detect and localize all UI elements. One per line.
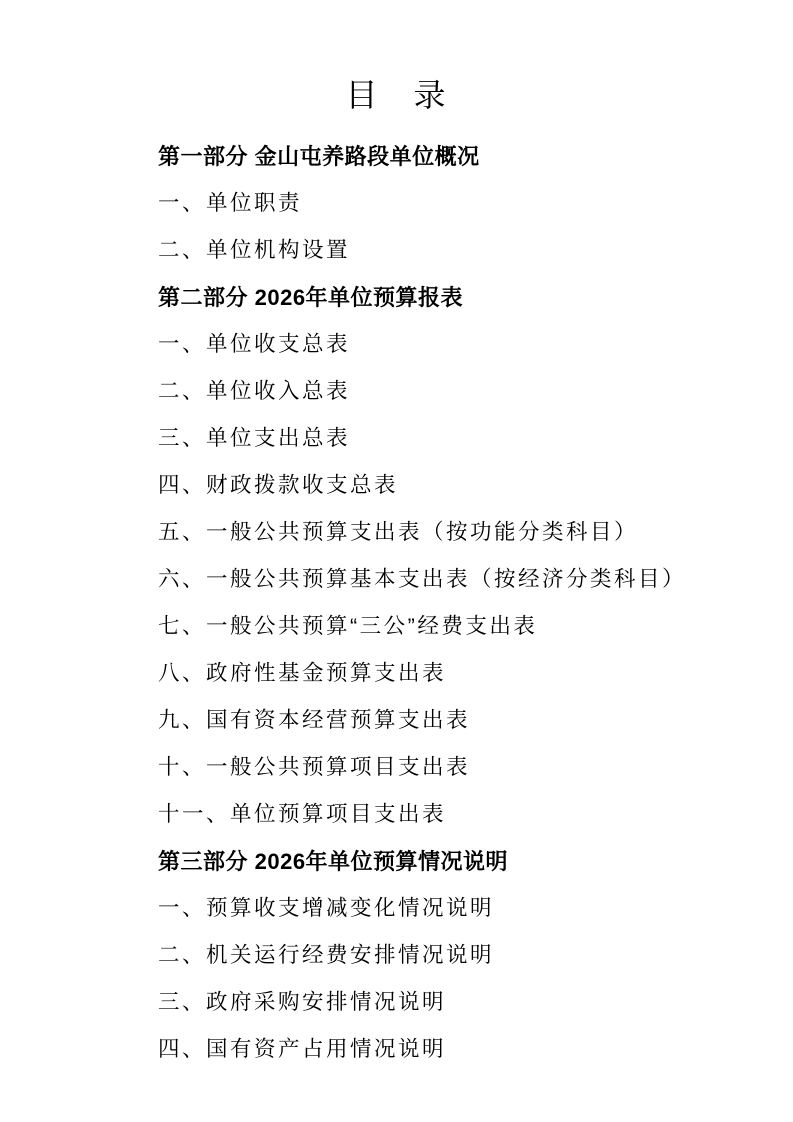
section-heading: 第一部分 金山屯养路段单位概况 [158, 133, 753, 180]
toc-item: 一、预算收支增减变化情况说明 [158, 885, 753, 932]
section-heading: 第三部分 2026年单位预算情况说明 [158, 838, 753, 885]
document-page: 目 录 第一部分 金山屯养路段单位概况一、单位职责二、单位机构设置第二部分 20… [0, 0, 793, 1122]
toc-item: 二、机关运行经费安排情况说明 [158, 932, 753, 979]
toc-item: 十、一般公共预算项目支出表 [158, 744, 753, 791]
toc-body: 第一部分 金山屯养路段单位概况一、单位职责二、单位机构设置第二部分 2026年单… [0, 133, 793, 1073]
toc-item: 十一、单位预算项目支出表 [158, 791, 753, 838]
toc-item: 四、财政拨款收支总表 [158, 462, 753, 509]
toc-item: 三、政府采购安排情况说明 [158, 979, 753, 1026]
toc-item: 二、单位收入总表 [158, 368, 753, 415]
toc-item: 八、政府性基金预算支出表 [158, 650, 753, 697]
toc-item: 二、单位机构设置 [158, 227, 753, 274]
toc-item: 一、单位收支总表 [158, 321, 753, 368]
page-title: 目 录 [0, 0, 793, 116]
toc-item: 一、单位职责 [158, 180, 753, 227]
toc-item: 九、国有资本经营预算支出表 [158, 697, 753, 744]
toc-item: 七、一般公共预算“三公”经费支出表 [158, 603, 753, 650]
toc-item: 三、单位支出总表 [158, 415, 753, 462]
section-heading: 第二部分 2026年单位预算报表 [158, 274, 753, 321]
toc-item: 四、国有资产占用情况说明 [158, 1026, 753, 1073]
toc-item: 六、一般公共预算基本支出表（按经济分类科目） [158, 556, 753, 603]
toc-item: 五、一般公共预算支出表（按功能分类科目） [158, 509, 753, 556]
